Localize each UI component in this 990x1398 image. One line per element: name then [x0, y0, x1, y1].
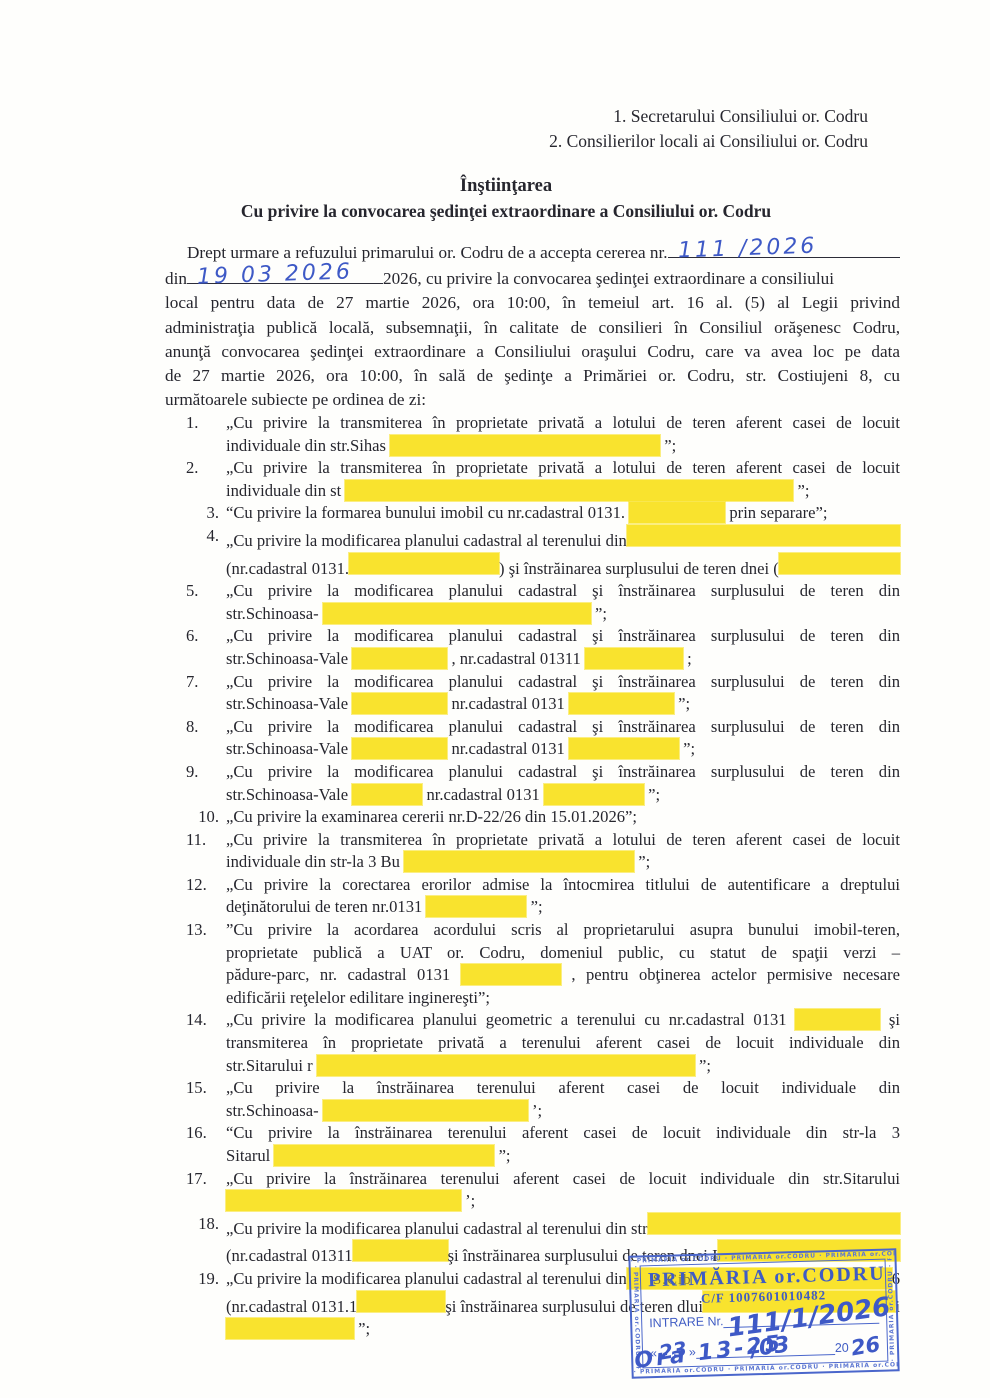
agenda-item: 15.„Cu privire la înstrăinarea terenului… [186, 1077, 900, 1122]
text-run: str.Schinoasa- [226, 604, 319, 623]
redaction-bar [779, 553, 900, 574]
agenda-item-number: 1. [186, 412, 219, 435]
redaction-bar [404, 851, 634, 872]
redaction-bar [352, 738, 447, 759]
text-run: „Cu privire la înstrăinarea terenului af… [226, 1169, 900, 1188]
agenda-item-number: 14. [186, 1009, 219, 1032]
text-run: ”; [638, 852, 650, 871]
text-run: , nr.cadastral 01311 [451, 649, 580, 668]
text-run: str.Schinoasa-Vale [226, 649, 348, 668]
agenda-item-number: 9. [186, 761, 219, 784]
redaction-bar [345, 480, 793, 501]
text-run: ) şi înstrăinarea surplusului de teren d… [499, 558, 779, 581]
agenda-item-number: 19. [186, 1268, 219, 1291]
redaction-bar [317, 1055, 695, 1076]
text-run: ’; [465, 1191, 475, 1210]
redaction-bar [349, 553, 499, 574]
text-run: proprietate publică a UAT or. Codru, dom… [226, 943, 900, 962]
text-run: „Cu privire la modificarea planului cada… [226, 626, 900, 645]
redaction-bar [627, 525, 900, 546]
redaction-bar [357, 1291, 445, 1312]
doc-line: 12.„Cu privire la corectarea erorilor ad… [186, 874, 900, 897]
doc-line: 7.„Cu privire la modificarea planului ca… [186, 671, 900, 694]
agenda-item-number: 3. [186, 502, 219, 525]
agenda-item-number: 6. [186, 625, 219, 648]
redaction-bar [569, 738, 679, 759]
agenda-item: 7.„Cu privire la modificarea planului ca… [186, 671, 900, 716]
doc-line: 13.”Cu privire la acordarea acordului sc… [186, 919, 900, 942]
redaction-bar [544, 784, 644, 805]
stamp-entry-label: INTRARE Nr. [649, 1314, 724, 1330]
doc-line: administraţia publică locală, subsemnaţi… [165, 316, 900, 340]
text-run: ”; [499, 1146, 511, 1165]
scanned-document-page: 1. Secretarului Consiliului or. Codru 2.… [0, 0, 990, 1398]
text-run: „Cu privire la modificarea planului cada… [226, 581, 900, 600]
doc-line: str.Schinoasa- ’; [186, 1100, 900, 1123]
doc-line: str.Schinoasa-Vale nr.cadastral 0131 ”; [186, 693, 900, 716]
recipient-line-1: 1. Secretarului Consiliului or. Codru [549, 104, 868, 129]
redaction-bar [390, 435, 660, 456]
redaction-bar [226, 1190, 461, 1211]
agenda-item-number: 18. [186, 1213, 219, 1236]
text-run: str.Schinoasa-Vale [226, 694, 348, 713]
doc-line: din 19 03 2026 2026, cu privire la convo… [165, 265, 900, 291]
doc-line: individuale din str-la 3 Bu ”; [186, 851, 900, 874]
text-run: nr.cadastral 0131 [451, 694, 564, 713]
text-run: „Cu privire la înstrăinarea terenului af… [226, 1078, 900, 1097]
agenda-item: 1.„Cu privire la transmiterea în proprie… [186, 412, 900, 457]
doc-line: 5.„Cu privire la modificarea planului ca… [186, 580, 900, 603]
agenda-item-number: 5. [186, 580, 219, 603]
redaction-bar [426, 896, 526, 917]
doc-line: str.Sitarului r ”; [186, 1055, 900, 1078]
text-run: (nr.cadastral 01311 [226, 1245, 353, 1268]
doc-line: (nr.cadastral 0131. ) şi înstrăinarea su… [186, 553, 900, 581]
doc-line: ’; [186, 1190, 900, 1213]
title-block: Înştiinţarea Cu privire la convocarea şe… [140, 176, 872, 222]
doc-line: 2.„Cu privire la transmiterea în proprie… [186, 457, 900, 480]
doc-line: anunţă convocarea şedinţei extraordinare… [165, 340, 900, 364]
text-run: ”; [595, 604, 607, 623]
agenda-item-number: 15. [186, 1077, 219, 1100]
text-run: şi [889, 1010, 900, 1029]
text-run: edificării reţelelor edilitare inginereş… [226, 988, 490, 1007]
agenda-item: 4.„Cu privire la modificarea planului ca… [186, 525, 900, 580]
agenda-item-number: 11. [186, 829, 219, 852]
agenda-item-number: 16. [186, 1122, 219, 1145]
doc-line: str.Schinoasa- ”; [186, 603, 900, 626]
text-run: ”; [678, 694, 690, 713]
text-run: pădure-parc, nr. cadastral 0131 [226, 965, 450, 984]
redaction-bar [226, 1318, 354, 1339]
text-run: individuale din str.Sihas [226, 436, 386, 455]
text-run: prin separare”; [729, 503, 827, 522]
agenda-item-number: 17. [186, 1168, 219, 1191]
handwritten-text: 19 03 2026 [197, 260, 354, 290]
doc-line: 6.„Cu privire la modificarea planului ca… [186, 625, 900, 648]
agenda-item: 3.“Cu privire la formarea bunului imobil… [186, 502, 900, 525]
redaction-bar [585, 648, 683, 669]
stamp-entry-line: 111/1/2026 [723, 1308, 879, 1328]
redaction-bar [353, 1240, 448, 1261]
doc-line: pădure-parc, nr. cadastral 0131 , pentru… [186, 964, 900, 987]
agenda-item: 11.„Cu privire la transmiterea în propri… [186, 829, 900, 874]
text-run: din [165, 267, 187, 291]
text-run: „Cu privire la corectarea erorilor admis… [226, 875, 900, 894]
agenda-item: 10.„Cu privire la examinarea cererii nr.… [186, 806, 900, 829]
text-run: „Cu privire la transmiterea în proprieta… [226, 413, 900, 432]
doc-line: 1.„Cu privire la transmiterea în proprie… [186, 412, 900, 435]
recipients-block: 1. Secretarului Consiliului or. Codru 2.… [549, 104, 868, 154]
doc-line: 4.„Cu privire la modificarea planului ca… [186, 525, 900, 553]
agenda-item-number: 2. [186, 457, 219, 480]
doc-line: 8.„Cu privire la modificarea planului ca… [186, 716, 900, 739]
text-run: ”; [683, 739, 695, 758]
redaction-bar [352, 648, 447, 669]
doc-line: individuale din st ”; [186, 480, 900, 503]
redaction-bar [323, 603, 591, 624]
agenda-item: 16.“Cu privire la înstrăinarea terenului… [186, 1122, 900, 1167]
doc-line: 3.“Cu privire la formarea bunului imobil… [186, 502, 900, 525]
text-run: individuale din st [226, 481, 341, 500]
agenda-item-number: 4. [186, 525, 219, 548]
doc-line: str.Schinoasa-Vale , nr.cadastral 01311 … [186, 648, 900, 671]
text-run: Sitarul [226, 1146, 270, 1165]
text-run: nr.cadastral 0131 [451, 739, 564, 758]
redaction-bar [629, 502, 725, 523]
text-run: str.Schinoasa-Vale [226, 785, 348, 804]
text-run: administraţia publică locală, subsemnaţi… [165, 318, 900, 337]
agenda-item-number: 13. [186, 919, 219, 942]
text-run: ”; [699, 1056, 711, 1075]
text-run: „Cu privire la modificarea planului cada… [226, 672, 900, 691]
agenda-item-number: 8. [186, 716, 219, 739]
text-run: “Cu privire la înstrăinarea terenului af… [226, 1123, 900, 1142]
text-run: „Cu privire la transmiterea în proprieta… [226, 458, 900, 477]
text-run: anunţă convocarea şedinţei extraordinare… [165, 342, 900, 361]
doc-line: 9.„Cu privire la modificarea planului ca… [186, 761, 900, 784]
agenda-item: 9.„Cu privire la modificarea planului ca… [186, 761, 900, 806]
redaction-bar [461, 964, 561, 985]
stamp-year-prefix: 20 [835, 1341, 849, 1355]
text-run: str.Sitarului r [226, 1056, 313, 1075]
text-run: „Cu privire la modificarea planului cada… [226, 1268, 627, 1291]
doc-line: str.Schinoasa-Vale nr.cadastral 0131 ”; [186, 784, 900, 807]
doc-line: 11.„Cu privire la transmiterea în propri… [186, 829, 900, 852]
doc-line: transmiterea în proprietate privată a te… [186, 1032, 900, 1055]
text-run: individuale din str-la 3 Bu [226, 852, 400, 871]
agenda-item: 17.„Cu privire la înstrăinarea terenului… [186, 1168, 900, 1213]
document-subtitle: Cu privire la convocarea şedinţei extrao… [140, 201, 872, 222]
text-run: , pentru obţinerea actelor permisive nec… [571, 965, 900, 984]
text-run: de 27 martie 2026, ora 10:00, în sală de… [165, 366, 900, 385]
agenda-item: 2.„Cu privire la transmiterea în proprie… [186, 457, 900, 502]
doc-line: 17.„Cu privire la înstrăinarea terenului… [186, 1168, 900, 1191]
text-run: “Cu privire la formarea bunului imobil c… [226, 503, 625, 522]
doc-line: Sitarul ”; [186, 1145, 900, 1168]
text-run: „Cu privire la transmiterea în proprieta… [226, 830, 900, 849]
text-run: ”; [648, 785, 660, 804]
redaction-bar [274, 1145, 494, 1166]
text-run: „Cu privire la modificarea planului cada… [226, 762, 900, 781]
text-run: (nr.cadastral 0131. [226, 558, 349, 581]
text-run: următoarele subiecte pe ordinea de zi: [165, 390, 426, 409]
text-run: local pentru data de 27 martie 2026, ora… [165, 293, 900, 312]
text-run: ”; [531, 897, 543, 916]
doc-line: proprietate publică a UAT or. Codru, dom… [186, 942, 900, 965]
agenda-item: 13.”Cu privire la acordarea acordului sc… [186, 919, 900, 1009]
text-run: „Cu privire la modificarea planului cada… [226, 530, 627, 553]
doc-line: 18.„Cu privire la modificarea planului c… [186, 1213, 900, 1241]
doc-line: următoarele subiecte pe ordinea de zi: [165, 388, 900, 412]
blank-underline: 111 /2026 [668, 239, 900, 258]
text-run: ”; [358, 1319, 370, 1338]
handwritten-year: 26 [849, 1332, 882, 1361]
text-run: 2026, cu privire la convocarea şedinţei … [383, 267, 834, 291]
agenda-item: 14.„Cu privire la modificarea planului g… [186, 1009, 900, 1077]
agenda-item-number: 12. [186, 874, 219, 897]
stamp-entry-row: INTRARE Nr. 111/1/2026 [649, 1308, 879, 1330]
intro-paragraph: Drept urmare a refuzului primarului or. … [165, 239, 900, 412]
text-run: „Cu privire la modificarea planului geom… [226, 1010, 787, 1029]
doc-line: individuale din str.Sihas ”; [186, 435, 900, 458]
agenda-item: 12.„Cu privire la corectarea erorilor ad… [186, 874, 900, 919]
text-run: „Cu privire la modificarea planului cada… [226, 1218, 648, 1241]
redaction-bar [795, 1009, 880, 1030]
document-title: Înştiinţarea [140, 176, 872, 197]
doc-line: str.Schinoasa-Vale nr.cadastral 0131 ”; [186, 738, 900, 761]
redaction-bar [352, 693, 447, 714]
doc-line: local pentru data de 27 martie 2026, ora… [165, 291, 900, 315]
agenda-item: 5.„Cu privire la modificarea planului ca… [186, 580, 900, 625]
doc-line: de 27 martie 2026, ora 10:00, în sală de… [165, 364, 900, 388]
redaction-bar [648, 1213, 900, 1234]
text-run: str.Schinoasa- [226, 1101, 319, 1120]
text-run: ; [687, 649, 692, 668]
agenda-item-number: 10. [186, 806, 219, 829]
redaction-bar [569, 693, 674, 714]
text-run: „Cu privire la examinarea cererii nr.D-2… [226, 807, 637, 826]
doc-line: 16.“Cu privire la înstrăinarea terenului… [186, 1122, 900, 1145]
doc-line: 14.„Cu privire la modificarea planului g… [186, 1009, 900, 1032]
text-run: „Cu privire la modificarea planului cada… [226, 717, 900, 736]
text-run: ”Cu privire la acordarea acordului scris… [226, 920, 900, 939]
agenda-item-number: 7. [186, 671, 219, 694]
doc-line: deţinătorului de teren nr.0131 ”; [186, 896, 900, 919]
text-run: (nr.cadastral 0131.1 [226, 1296, 357, 1319]
text-run: ’; [532, 1101, 542, 1120]
doc-line: 10.„Cu privire la examinarea cererii nr.… [186, 806, 900, 829]
recipient-line-2: 2. Consilierilor locali ai Consiliului o… [549, 129, 868, 154]
agenda-item: 6.„Cu privire la modificarea planului ca… [186, 625, 900, 670]
text-run: ”; [798, 481, 810, 500]
text-run: ”; [664, 436, 676, 455]
agenda-item: 8.„Cu privire la modificarea planului ca… [186, 716, 900, 761]
agenda-list: 1.„Cu privire la transmiterea în proprie… [186, 412, 900, 1341]
redaction-bar [352, 784, 422, 805]
redaction-bar [323, 1100, 528, 1121]
blank-underline: 19 03 2026 [187, 265, 383, 284]
doc-line: 15.„Cu privire la înstrăinarea terenului… [186, 1077, 900, 1100]
text-run: nr.cadastral 0131 [426, 785, 539, 804]
text-run: deţinătorului de teren nr.0131 [226, 897, 422, 916]
doc-line: edificării reţelelor edilitare inginereş… [186, 987, 900, 1010]
text-run: str.Schinoasa-Vale [226, 739, 348, 758]
text-run: transmiterea în proprietate privată a te… [226, 1033, 900, 1052]
handwritten-text: 111 /2026 [677, 234, 817, 263]
